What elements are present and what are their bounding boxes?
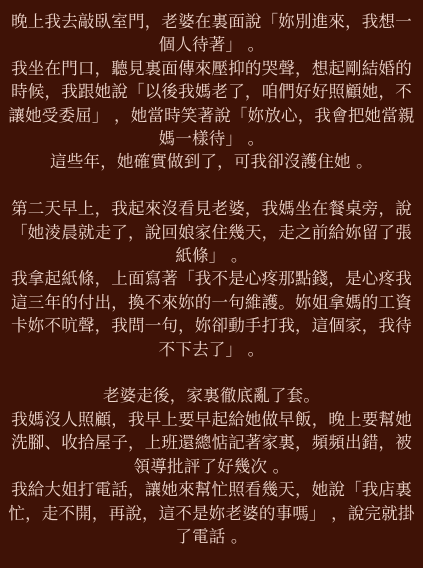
paragraph-spacer bbox=[6, 174, 417, 197]
paragraph-spacer bbox=[6, 361, 417, 384]
paragraph: 第二天早上，我起來沒看見老婆，我媽坐在餐桌旁，說「她淩晨就走了，說回娘家住幾天，… bbox=[6, 197, 417, 267]
paragraph: 這些年，她確實做到了，可我卻沒護住她 。 bbox=[6, 150, 417, 173]
story-section-1: 晚上我去敲臥室門，老婆在裏面說「妳別進來，我想一個人待著」 。 我坐在門口，聽見… bbox=[6, 10, 417, 174]
paragraph: 我坐在門口，聽見裏面傳來壓抑的哭聲，想起剛結婚的時候，我跟她說「以後我媽老了，咱… bbox=[6, 57, 417, 151]
story-section-2: 第二天早上，我起來沒看見老婆，我媽坐在餐桌旁，說「她淩晨就走了，說回娘家住幾天，… bbox=[6, 197, 417, 361]
paragraph: 我給大姐打電話，讓她來幫忙照看幾天，她說「我店裏忙，走不開，再說，這不是妳老婆的… bbox=[6, 478, 417, 548]
paragraph: 我媽沒人照顧，我早上要早起給她做早飯，晚上要幫她洗腳、收拾屋子，上班還總惦記著家… bbox=[6, 408, 417, 478]
story-document: 晚上我去敲臥室門，老婆在裏面說「妳別進來，我想一個人待著」 。 我坐在門口，聽見… bbox=[0, 0, 423, 548]
story-section-3: 老婆走後，家裏徹底亂了套。 我媽沒人照顧，我早上要早起給她做早飯，晚上要幫她洗腳… bbox=[6, 384, 417, 548]
paragraph: 晚上我去敲臥室門，老婆在裏面說「妳別進來，我想一個人待著」 。 bbox=[6, 10, 417, 57]
paragraph: 老婆走後，家裏徹底亂了套。 bbox=[6, 384, 417, 407]
paragraph: 我拿起紙條，上面寫著「我不是心疼那點錢，是心疼我這三年的付出，換不來妳的一句維護… bbox=[6, 267, 417, 361]
